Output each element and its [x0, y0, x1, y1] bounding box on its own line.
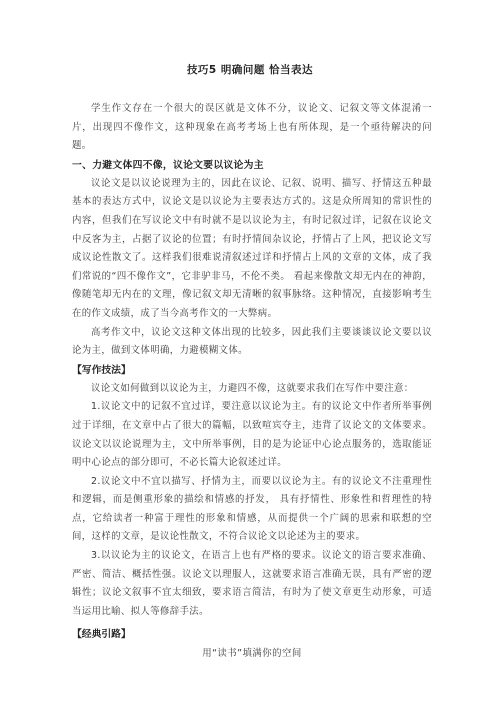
- section-heading: 一、力避文体四不像，议论文要以议论为主: [72, 156, 432, 175]
- writing-skills-point: 3.以议论为主的议论文，在语言上也有严格的要求。议论文的语言要求准确、严密、简洁…: [72, 547, 432, 621]
- intro-paragraph: 学生作文存在一个很大的误区就是文体不分，议论文、记叙文等文体混淆一片，出现四不像…: [72, 100, 432, 156]
- section-paragraph: 议论文是以议论说理为主的，因此在议论、记叙、说明、描写、抒情这五种最基本的表达方…: [72, 175, 432, 324]
- writing-skills-point: 1.议论文中的记叙不宜过详，要注意以议论为主。有的议论文中作者所举事例过于详细，…: [72, 398, 432, 472]
- writing-skills-intro: 议论文如何做到以议论为主，力避四不像，这就要求我们在写作中要注意：: [72, 380, 432, 399]
- document-body: 学生作文存在一个很大的误区就是文体不分，议论文、记叙文等文体混淆一片，出现四不像…: [72, 100, 432, 663]
- section-paragraph: 高考作文中，议论文这种文体出现的比较多，因此我们主要谈谈议论文要以议论为主，做到…: [72, 324, 432, 361]
- writing-skills-point: 2.议论文中不宜以描写、抒情为主，而要以议论为主。有的议论文不注重理性和逻辑，而…: [72, 473, 432, 547]
- essay-title: 用“读书”填满你的空间: [72, 644, 432, 663]
- writing-skills-label: 【写作技法】: [72, 361, 432, 380]
- document-page: 技巧5 明确问题 恰当表达 学生作文存在一个很大的误区就是文体不分，议论文、记叙…: [0, 0, 500, 707]
- classic-guide-label: 【经典引路】: [72, 625, 432, 644]
- document-title: 技巧5 明确问题 恰当表达: [0, 62, 500, 77]
